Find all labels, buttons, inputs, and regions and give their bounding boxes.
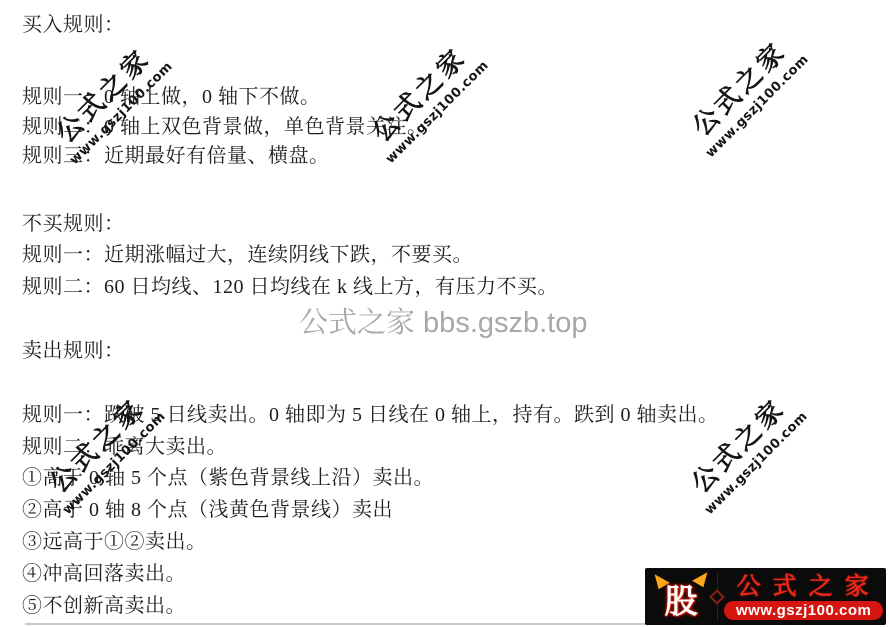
document-page: 买入规则：规则一：0 轴上做，0 轴下不做。规则二：0 轴上双色背景做，单色背景… — [0, 0, 889, 627]
text-line: ①高于 0 轴 5 个点（紫色背景线上沿）卖出。 — [22, 467, 434, 489]
stock-character: 股 — [665, 575, 698, 622]
diamond-icon — [709, 589, 725, 605]
bottom-divider — [25, 623, 647, 625]
text-line: 规则三：近期最好有倍量、横盘。 — [22, 145, 330, 167]
text-line: 规则一：跌破 5 日线卖出。0 轴即为 5 日线在 0 轴上，持有。跌到 0 轴… — [22, 404, 719, 426]
site-logo: 股 公式之家 www.gszj100.com — [645, 568, 886, 625]
site-url-pill: www.gszj100.com — [724, 601, 883, 620]
logo-separator — [712, 573, 724, 621]
forum-watermark: 公式之家 bbs.gszb.top — [299, 300, 588, 341]
text-line: 规则二：0 轴上双色背景做，单色背景关注。 — [22, 116, 428, 138]
text-line: 规则二：乖离大卖出。 — [22, 436, 227, 458]
brand-name: 公式之家 — [727, 573, 881, 599]
text-line: 规则一：0 轴上做，0 轴下不做。 — [22, 86, 321, 108]
text-line: 不买规则： — [22, 213, 125, 235]
text-line: 买入规则： — [22, 14, 125, 36]
text-line: ④冲高回落卖出。 — [22, 563, 186, 585]
text-line: ⑤不创新高卖出。 — [22, 595, 186, 617]
logo-stock-emblem: 股 — [650, 568, 712, 625]
text-line: 卖出规则： — [22, 340, 125, 362]
text-line: ②高于 0 轴 8 个点（浅黄色背景线）卖出 — [22, 499, 393, 521]
text-line: ③远高于①②卖出。 — [22, 531, 207, 553]
text-line: 规则二：60 日均线、120 日均线在 k 线上方，有压力不买。 — [22, 276, 558, 298]
text-line: 规则一：近期涨幅过大，连续阴线下跌，不要买。 — [22, 244, 473, 266]
logo-text-block: 公式之家 www.gszj100.com — [724, 573, 883, 620]
